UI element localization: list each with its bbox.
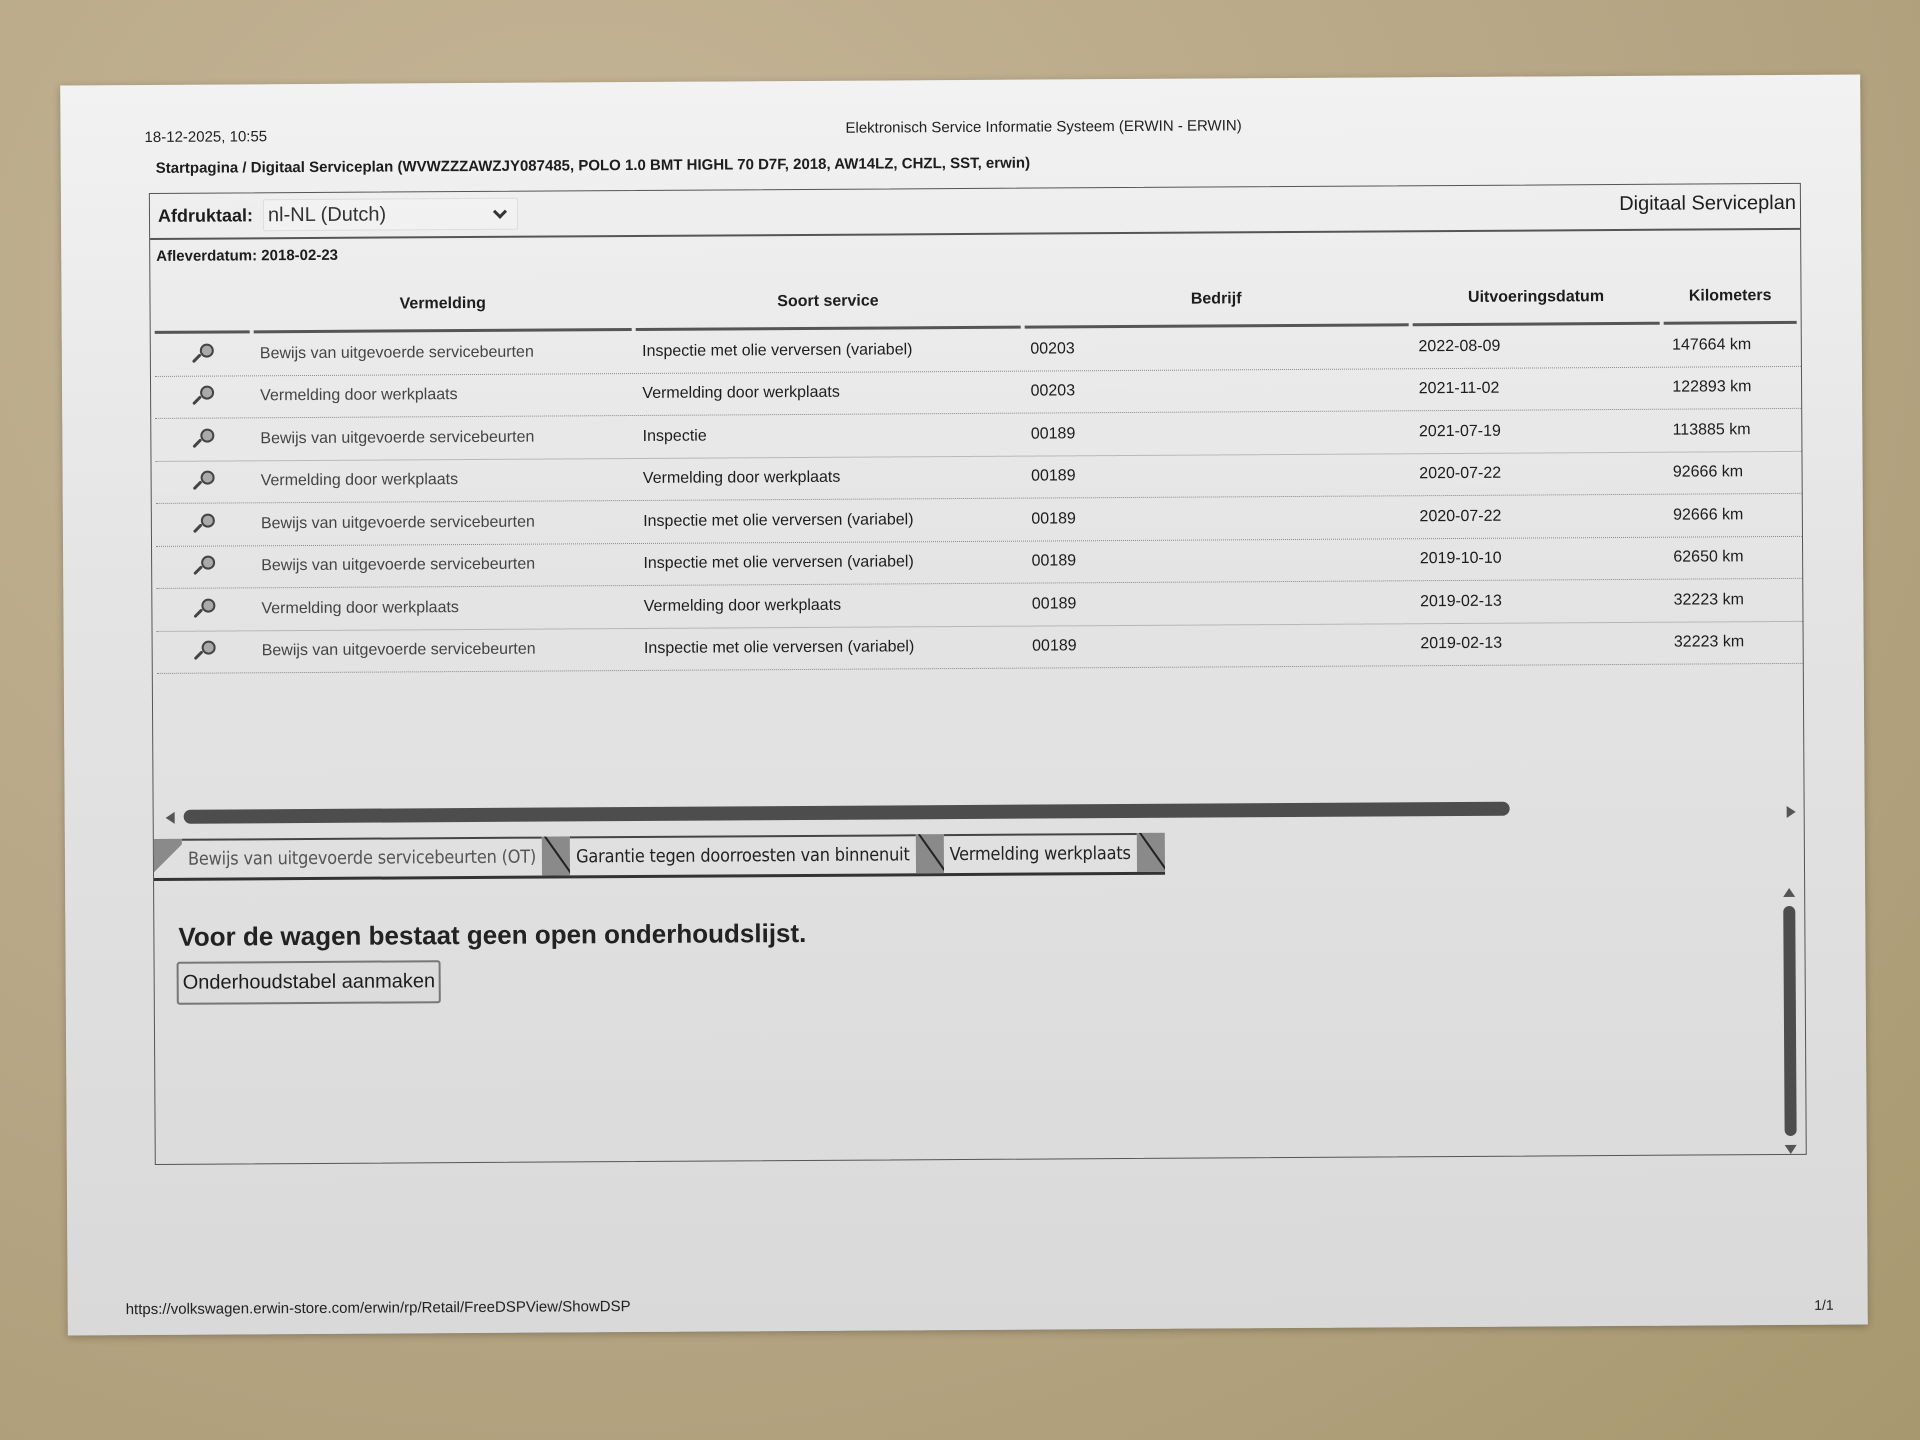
tab-garantie-doorroesten[interactable]: Garantie tegen doorroesten van binnenuit <box>570 834 916 875</box>
cell-soort-service: Inspectie <box>637 425 1021 445</box>
page-number: 1/1 <box>1814 1297 1834 1313</box>
cell-kilometers: 92666 km <box>1665 506 1798 525</box>
cell-vermelding[interactable]: Bewijs van uitgevoerde servicebeurten <box>254 428 632 448</box>
cell-soort-service: Vermelding door werkplaats <box>638 595 1022 615</box>
cell-uitvoeringsdatum: 2019-10-10 <box>1414 549 1662 569</box>
cell-uitvoeringsdatum: 2021-07-19 <box>1413 421 1661 441</box>
magnifier-lens <box>200 386 214 400</box>
magnifier-handle <box>193 566 203 576</box>
magnifier-icon[interactable] <box>190 469 216 495</box>
cell-bedrijf: 00189 <box>1025 508 1409 528</box>
magnifier-handle <box>192 438 202 448</box>
row-action-cell <box>155 384 250 411</box>
cell-vermelding[interactable]: Bewijs van uitgevoerde servicebeurten <box>255 513 633 533</box>
magnifier-icon[interactable] <box>191 554 217 580</box>
cell-vermelding[interactable]: Bewijs van uitgevoerde servicebeurten <box>254 343 632 363</box>
tab-bewijs-servicebeurten[interactable]: Bewijs van uitgevoerde servicebeurten (O… <box>182 837 542 878</box>
cell-vermelding[interactable]: Vermelding door werkplaats <box>255 470 633 490</box>
cell-kilometers: 147664 km <box>1664 336 1797 355</box>
delivery-date: Afleverdatum: 2018-02-23 <box>156 247 338 265</box>
document-title: Digitaal Serviceplan <box>1619 192 1796 216</box>
vertical-scrollbar[interactable] <box>1778 884 1802 1154</box>
tab-separator <box>915 834 943 873</box>
column-header-soort-service[interactable]: Soort service <box>636 279 1021 331</box>
vertical-scroll-thumb[interactable] <box>1783 906 1796 1136</box>
language-selected-value: nl-NL (Dutch) <box>268 203 386 227</box>
magnifier-icon[interactable] <box>189 341 215 367</box>
service-history-table: Vermelding Soort service Bedrijf Uitvoer… <box>154 274 1802 674</box>
cell-vermelding[interactable]: Vermelding door werkplaats <box>254 385 632 405</box>
magnifier-lens <box>201 556 215 570</box>
magnifier-icon[interactable] <box>191 596 217 622</box>
magnifier-handle <box>192 523 202 533</box>
no-maintenance-list-notice: Voor de wagen bestaat geen open onderhou… <box>178 918 806 953</box>
magnifier-icon[interactable] <box>190 511 216 537</box>
toolbar: Afdruktaal: nl-NL (Dutch) Digitaal Servi… <box>150 184 1800 240</box>
cell-bedrijf: 00203 <box>1024 338 1408 358</box>
column-header-uitvoeringsdatum[interactable]: Uitvoeringsdatum <box>1412 275 1660 327</box>
cell-soort-service: Inspectie met olie verversen (variabel) <box>636 340 1020 360</box>
cell-bedrijf: 00189 <box>1025 466 1409 486</box>
cell-kilometers: 113885 km <box>1665 421 1798 440</box>
magnifier-handle <box>193 651 203 661</box>
magnifier-handle <box>193 608 203 618</box>
cell-uitvoeringsdatum: 2020-07-22 <box>1413 506 1661 526</box>
language-select[interactable]: nl-NL (Dutch) <box>263 198 518 232</box>
magnifier-lens <box>200 471 214 485</box>
cell-bedrijf: 00189 <box>1026 551 1410 571</box>
cell-bedrijf: 00189 <box>1025 423 1409 443</box>
cell-kilometers: 62650 km <box>1665 548 1798 567</box>
cell-vermelding[interactable]: Bewijs van uitgevoerde servicebeurten <box>255 555 633 575</box>
tab-end-decoration <box>1137 833 1165 872</box>
cell-soort-service: Inspectie met olie verversen (variabel) <box>638 638 1022 658</box>
cell-kilometers: 92666 km <box>1665 463 1798 482</box>
row-action-cell <box>157 639 252 666</box>
column-header-vermelding[interactable]: Vermelding <box>253 281 632 333</box>
magnifier-icon[interactable] <box>191 639 217 665</box>
cell-uitvoeringsdatum: 2019-02-13 <box>1414 591 1662 611</box>
magnifier-handle <box>191 353 201 363</box>
row-action-cell <box>155 341 250 368</box>
cell-bedrijf: 00189 <box>1026 636 1410 656</box>
printed-page: 18-12-2025, 10:55 Elektronisch Service I… <box>60 75 1868 1336</box>
row-action-cell <box>156 469 251 496</box>
cell-vermelding[interactable]: Vermelding door werkplaats <box>255 598 633 618</box>
cell-uitvoeringsdatum: 2019-02-13 <box>1414 634 1662 654</box>
column-header-kilometers[interactable]: Kilometers <box>1664 274 1797 325</box>
horizontal-scrollbar[interactable] <box>164 796 1804 830</box>
cell-uitvoeringsdatum: 2022-08-09 <box>1412 336 1660 356</box>
tab-corner-decoration <box>154 839 182 878</box>
cell-kilometers: 122893 km <box>1664 378 1797 397</box>
service-plan-panel: Afdruktaal: nl-NL (Dutch) Digitaal Servi… <box>149 183 1807 1165</box>
magnifier-icon[interactable] <box>190 384 216 410</box>
tab-vermelding-werkplaats[interactable]: Vermelding werkplaats <box>943 833 1136 873</box>
cell-vermelding[interactable]: Bewijs van uitgevoerde servicebeurten <box>256 640 634 660</box>
table-header: Vermelding Soort service Bedrijf Uitvoer… <box>154 274 1800 334</box>
print-footer-url: https://volkswagen.erwin-store.com/erwin… <box>126 1298 631 1318</box>
scroll-right-icon[interactable] <box>1787 806 1796 818</box>
table-row[interactable]: Bewijs van uitgevoerde servicebeurtenIns… <box>157 621 1803 674</box>
scroll-down-icon[interactable] <box>1785 1145 1797 1154</box>
magnifier-handle <box>192 396 202 406</box>
cell-soort-service: Vermelding door werkplaats <box>637 468 1021 488</box>
language-label: Afdruktaal: <box>158 205 253 227</box>
row-action-cell <box>156 511 251 538</box>
cell-uitvoeringsdatum: 2020-07-22 <box>1413 464 1661 484</box>
cell-kilometers: 32223 km <box>1666 633 1799 652</box>
magnifier-handle <box>192 481 202 491</box>
row-action-cell <box>155 426 250 453</box>
table-body: Bewijs van uitgevoerde servicebeurtenIns… <box>155 324 1803 674</box>
scroll-left-icon[interactable] <box>166 812 175 824</box>
system-title: Elektronisch Service Informatie Systeem … <box>845 117 1241 136</box>
cell-kilometers: 32223 km <box>1666 591 1799 610</box>
horizontal-scroll-thumb[interactable] <box>184 802 1510 824</box>
tab-separator <box>542 836 570 875</box>
row-action-cell <box>156 554 251 581</box>
cell-uitvoeringsdatum: 2021-11-02 <box>1413 379 1661 399</box>
create-maintenance-table-button[interactable]: Onderhoudstabel aanmaken <box>177 960 442 1005</box>
cell-bedrijf: 00189 <box>1026 593 1410 613</box>
scroll-up-icon[interactable] <box>1783 888 1795 897</box>
column-header-icon <box>154 283 249 334</box>
cell-soort-service: Inspectie met olie verversen (variabel) <box>637 553 1021 573</box>
column-header-bedrijf[interactable]: Bedrijf <box>1024 276 1409 328</box>
tab-bar: Bewijs van uitgevoerde servicebeurten (O… <box>154 833 1165 881</box>
magnifier-lens <box>201 641 215 655</box>
breadcrumb[interactable]: Startpagina / Digitaal Serviceplan (WVWZ… <box>156 155 1030 177</box>
print-datetime: 18-12-2025, 10:55 <box>144 128 267 146</box>
cell-soort-service: Vermelding door werkplaats <box>636 383 1020 403</box>
magnifier-icon[interactable] <box>190 426 216 452</box>
chevron-down-icon <box>493 204 507 218</box>
cell-soort-service: Inspectie met olie verversen (variabel) <box>637 510 1021 530</box>
row-action-cell <box>156 596 251 623</box>
cell-bedrijf: 00203 <box>1025 381 1409 401</box>
